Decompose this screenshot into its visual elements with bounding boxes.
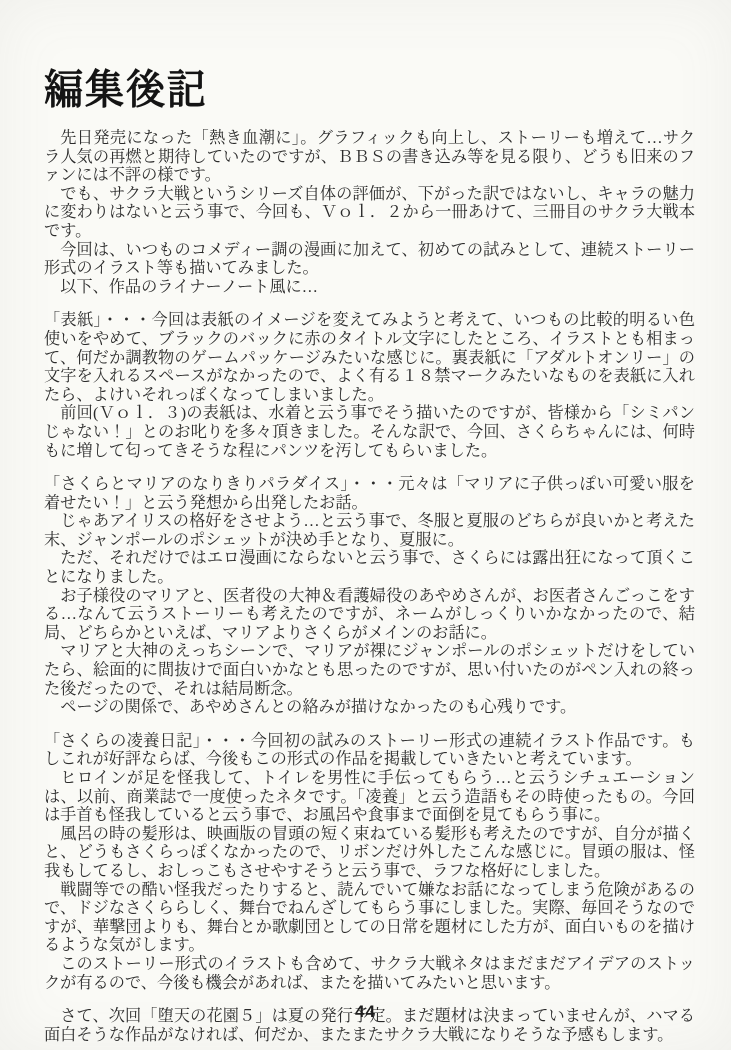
page-title: 編集後記 — [44, 70, 695, 111]
paragraph: ただ、それだけではエロ漫画にならないと云う事で、さくらには露出狂になって頂くこと… — [44, 549, 695, 586]
document-page: 編集後記 先日発売になった「熱き血潮に」。グラフィックも向上し、ストーリーも増え… — [0, 0, 731, 1050]
paragraph: じゃあアイリスの格好をさせよう…と云う事で、冬服と夏服のどちらが良いかと考えた末… — [44, 512, 695, 549]
paragraph: 今回は、いつものコメディー調の漫画に加えて、初めての試みとして、連続ストーリー形… — [44, 241, 695, 278]
paragraph: 戦闘等での酷い怪我だったりすると、読んでいて嫌なお話になってしまう危険があるので… — [44, 881, 695, 955]
paragraph: 前回(Ｖｏｌ．３)の表紙は、水着と云う事でそう描いたのですが、皆様から「シミパン… — [44, 404, 695, 460]
page-number: 44 — [0, 1002, 731, 1022]
paragraph-section-diary: 「さくらの凌養日記」・・・今回初の試みのストーリー形式の連続イラスト作品です。も… — [44, 732, 695, 769]
body-text: 先日発売になった「熱き血潮に」。グラフィックも向上し、ストーリーも増えて…サクラ… — [44, 129, 695, 1044]
paragraph: 風呂の時の髪形は、映画版の冒頭の短く束ねている髪形も考えたのですが、自分が描くと… — [44, 825, 695, 881]
paragraph: ページの関係で、あやめさんとの絡みが描けなかったのも心残りです。 — [44, 698, 695, 717]
paragraph: でも、サクラ大戦というシリーズ自体の評価が、下がった訳ではないし、キャラの魅力に… — [44, 185, 695, 241]
paragraph-section-narikiri: 「さくらとマリアのなりきりパラダイス」・・・元々は「マリアに子供っぽい可愛い服を… — [44, 475, 695, 512]
paragraph: 以下、作品のライナーノート風に… — [44, 278, 695, 297]
paragraph: このストーリー形式のイラストも含めて、サクラ大戦ネタはまだまだアイデアのストック… — [44, 955, 695, 992]
paragraph: お子様役のマリアと、医者役の大神＆看護婦役のあやめさんが、お医者さんごっこをする… — [44, 587, 695, 643]
paragraph: ヒロインが足を怪我して、トイレを男性に手伝ってもらう…と云うシチュエーションは、… — [44, 769, 695, 825]
paragraph-section-cover: 「表紙」・・・今回は表紙のイメージを変えてみようと考えて、いつもの比較的明るい色… — [44, 311, 695, 404]
paragraph: マリアと大神のえっちシーンで、マリアが裸にジャンポールのポシェットだけをしていた… — [44, 642, 695, 698]
paragraph: 先日発売になった「熱き血潮に」。グラフィックも向上し、ストーリーも増えて…サクラ… — [44, 129, 695, 185]
